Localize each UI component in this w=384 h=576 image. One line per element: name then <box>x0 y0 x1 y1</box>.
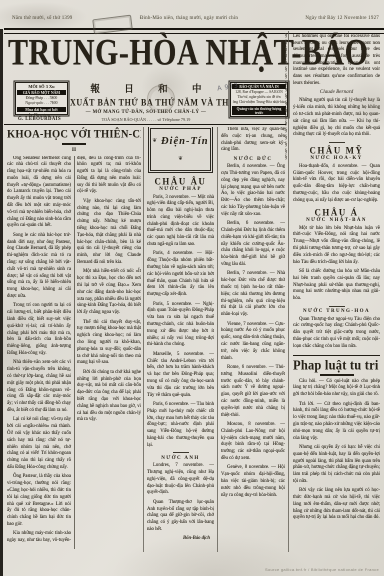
section-asia: CHÂU Á <box>293 207 380 218</box>
england-news: Londres, 7 novembre. — Thượng nghị-viện,… <box>147 463 214 534</box>
body-paragraph: Vienne, 7 novembre. — Cựu-hoàng nước Áo … <box>221 322 285 363</box>
price-box-header: GIÁ BÁO MỘT NĂM <box>17 90 66 95</box>
office-line: TOÀ SOẠN BÁO-QUÁN . . . . . số Téléphone… <box>70 117 222 122</box>
body-paragraph: Genève, 8 novembre. — Hội Vạn-quốc nhóm … <box>221 465 285 499</box>
office-box-header: BÁO-QUÁN VÀ NHÀ IN <box>232 84 286 89</box>
article-rule <box>293 355 380 356</box>
dateline-gregorian-date: Ngày thứ Bảy 12 Novembre 1927 <box>305 16 379 21</box>
telegram-title: Điện-Tín <box>161 136 209 147</box>
body-paragraph: Marseille, 5 novembre. — Chiếc tàu André… <box>147 352 214 400</box>
motto: — MỞ MANG TỨ-DÂN, SOI THEO CHÂN-LÝ — <box>70 110 222 115</box>
body-paragraph: Paris, 5 novembre. — Nghị-định quan Toàn… <box>147 302 214 350</box>
america-news: Hoa-thạnh-đốn, 4 novembre. — Quan Giám-q… <box>293 164 380 205</box>
dateline-lunar-date: Đinh-Mão niên, tháng mười, ngày mười chí… <box>140 16 238 21</box>
dateline-issue: Năm thứ mười, số thứ 1399 <box>12 16 73 21</box>
newspaper-title: TRUNG-HÒA NHẬT-BÁO <box>8 33 284 73</box>
body-paragraph: Rome, 6 novembre. — Thủ-tướng Mussolini … <box>221 365 285 419</box>
section-divider <box>329 142 345 143</box>
article-science-body: Ông Sénateur Berthelot cùng các nhà chủ-… <box>7 156 141 549</box>
body-paragraph: Berlin, 7 novembre. — Nhà bác-học Đức vừ… <box>221 271 285 319</box>
quote-attribution: Claude Bernard <box>293 89 380 95</box>
masthead-subtitle-block: 報 日 和 中 XUẤT BẢN THỨ BA THỨ NĂM VÀ THỨ B… <box>70 81 222 122</box>
body-paragraph: Nhà thiên-văn xem-xét các vì tinh-tú vận… <box>7 360 71 414</box>
china-news: Quan Thượng-thơ ngoại-vụ Tàu điện cho cá… <box>293 317 380 351</box>
masthead-rule <box>4 124 286 125</box>
body-paragraph: Berlin, 4 novembre. — Ông cựu Thủ-tướng … <box>221 164 285 218</box>
section-america: CHÂU MỸ <box>293 145 380 156</box>
body-paragraph: Paris, 3 novembre. — Một nhà nghị-viên đ… <box>147 195 214 249</box>
germany-news: Berlin, 4 novembre. — Ông cựu Thủ-tướng … <box>221 164 285 499</box>
section-europe: CHÂU ÂU <box>147 176 214 187</box>
subsection-germany: NƯỚC ĐỨC <box>221 157 285 162</box>
article-science: KHOA-HỌC VỚI THIÊN-CHÚA. II Ông Sénateur… <box>7 127 141 552</box>
headline-underline <box>320 374 354 376</box>
director-name: G. LEBOURDAIS <box>15 117 64 122</box>
page-binding-edge <box>0 29 3 576</box>
body-paragraph: Vậy khoa-học càng tấn-tới chừng nào, thì… <box>77 199 141 267</box>
body-paragraph: Quan Thượng-thơ lục-quân Anh tuyên-bố rằ… <box>147 500 214 534</box>
column-divider <box>143 127 144 552</box>
office-box-footer: Quảng-cáo xin thương-lượng trước <box>232 106 286 115</box>
body-paragraph: Moscou, 8 novembre. — Chánh-phủ Lao-Nông… <box>221 422 285 463</box>
subsection-france: NƯỚC PHÁP <box>147 187 214 192</box>
scan-source-watermark: Source gallica.bnf.fr / Bibliothèque nat… <box>265 567 379 572</box>
fleuron-icon: ❦ <box>178 156 183 162</box>
director-block: Le Directeur G. LEBOURDAIS <box>15 112 64 122</box>
price-box: MỖI SỐ 3 Xu GIÁ BÁO MỘT NĂM Đông-Pháp . … <box>15 82 68 115</box>
body-paragraph: Song le các nhà bác-học trứ-danh đời nay… <box>7 233 71 301</box>
body-paragraph: Bởi vậy các làng nên lựa người có học-th… <box>293 488 380 522</box>
subsection-china: NƯỚC TRUNG-HOA <box>293 309 380 314</box>
body-paragraph: Quan Thượng-thơ ngoại-vụ Tàu điện cho cá… <box>293 317 380 351</box>
column-europe-germany: Thêm nữa, việc ấy quan-hệ đến cuộc trị-a… <box>221 127 285 552</box>
body-paragraph: Berlin, 6 novembre. — Chánh-phủ Đức hạ l… <box>221 221 285 269</box>
dateline: Năm thứ mười, số thứ 1399 Đinh-Mão niên,… <box>12 16 379 21</box>
quote-translation: Những người quá tin cái lý-thuyết hay là… <box>293 98 380 139</box>
newspaper-front-page: Năm thứ mười, số thứ 1399 Đinh-Mão niên,… <box>0 0 384 576</box>
column-signature: Bổn-Báo dịch <box>147 536 214 541</box>
subsection-usa: NƯỚC HOA-KỲ <box>293 156 380 161</box>
round-library-stamp <box>147 85 175 113</box>
body-paragraph: Lại có kẻ nói rằng: vũ-trụ nầy bởi cái «… <box>7 417 71 471</box>
body-paragraph: Số là chiếc đường tàu hỏa xứ Mãn-châu ha… <box>293 269 380 303</box>
fleuron-icon: ❦ <box>152 138 157 144</box>
chinese-title: 報 日 和 中 <box>70 81 222 95</box>
price-row: Ngoại-quốc . . . 7$00 <box>17 101 66 106</box>
body-paragraph: Thế thì cái thuyết duy-vật, tuy mượn tiế… <box>77 320 141 368</box>
body-paragraph: Một tờ báo lớn bên Nhựt-bản luận về thời… <box>293 226 380 267</box>
french-quote: Les hommes qui ont une foi excessive dan… <box>293 34 380 87</box>
france-news: Paris, 3 novembre. — Một nhà nghị-viên đ… <box>147 195 214 450</box>
section-divider <box>329 306 345 307</box>
body-paragraph: Ông Sénateur Berthelot cùng các nhà chủ-… <box>7 156 71 231</box>
body-paragraph: Trả lời. — Cứ theo nghị-định đã ban-hành… <box>293 402 380 443</box>
article-law-headline: Phap luật tu tri <box>293 357 380 373</box>
article-science-headline: KHOA-HỌC VỚI THIÊN-CHÚA. <box>7 128 141 140</box>
publication-days: XUẤT BẢN THỨ BA THỨ NĂM VÀ THỨ BẢY <box>70 97 222 107</box>
body-paragraph: Trong trí con người ta lại có cái lương-… <box>7 303 71 357</box>
article-part-number: II <box>7 147 141 153</box>
body-paragraph: Paris, 4 novembre. — Hội-đồng Thuộc-địa … <box>147 251 214 299</box>
price-box-title: MỖI SỐ 3 Xu <box>17 84 66 89</box>
subsection-england: NƯỚC ANH <box>147 456 214 461</box>
body-paragraph: Câu hỏi. — Có qui-luật nào cho phép làng… <box>293 379 380 399</box>
body-paragraph: Bởi đó chúng ta chớ khá nghe những lời p… <box>77 370 141 424</box>
telegram-section-header: ❦ Điện-Tín ❦ <box>150 128 211 171</box>
japan-news: Một tờ báo lớn bên Nhựt-bản luận về thời… <box>293 226 380 303</box>
article-law-body: Câu hỏi. — Có qui-luật nào cho phép làng… <box>293 379 380 523</box>
body-paragraph: Hoa-thạnh-đốn, 4 novembre. — Quan Giám-q… <box>293 164 380 205</box>
column-europe-france: ❦ Điện-Tín ❦ CHÂU ÂU NƯỚC PHÁP Paris, 3 … <box>147 127 214 552</box>
column-right: Les hommes qui ont une foi excessive dan… <box>293 34 380 552</box>
subsection-japan: NƯỚC NHẬT-BẢN <box>293 218 380 223</box>
body-paragraph: Nhưng cái quyền ấy có hạn: hễ việc chi q… <box>293 445 380 486</box>
column-divider <box>217 127 218 552</box>
body-paragraph: Paris, 6 novembre. — Tàu binh Pháp mới h… <box>147 402 214 450</box>
office-box-line: ông Chủ-nhiệm Trung-Hòa nhật-báo <box>232 100 286 105</box>
body-paragraph: Một nhà hiền-triết có nói: «Ít học thì x… <box>77 269 141 317</box>
body-paragraph: Londres, 7 novembre. — Thượng nghị-viện,… <box>147 463 214 497</box>
masthead: TRUNG-HÒA NHẬT-BÁO <box>8 33 284 66</box>
body-paragraph: Ông Pasteur, là thầy của khoa vi-trùng-h… <box>7 474 71 528</box>
section-divider <box>173 452 189 453</box>
part-rule <box>62 143 86 145</box>
europe-intro-paragraph: Thêm nữa, việc ấy quan-hệ đến cuộc trị-a… <box>221 127 285 154</box>
